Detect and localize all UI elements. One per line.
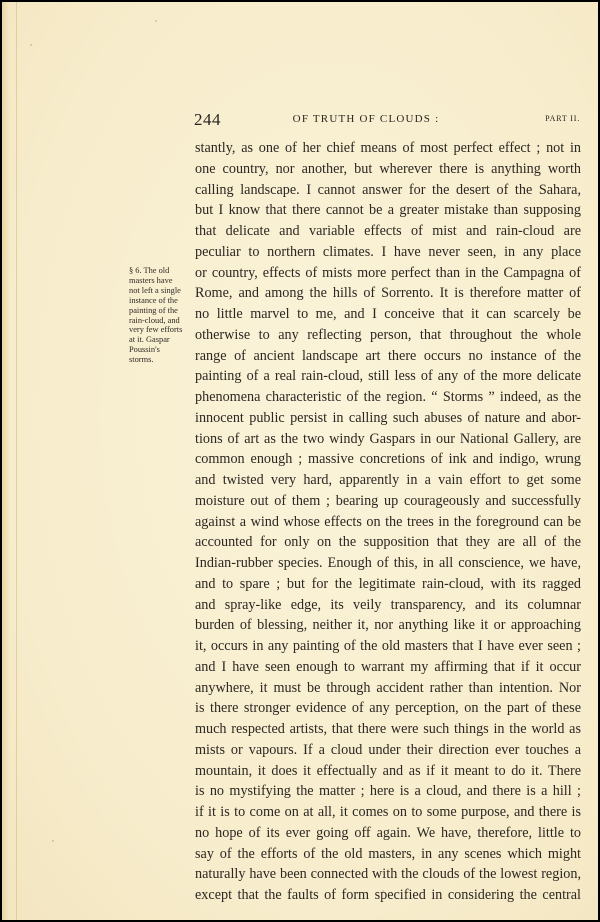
book-page: 244 OF TRUTH OF CLOUDS : PART II. § 6. T… bbox=[2, 2, 598, 920]
gutter-stain bbox=[2, 2, 10, 920]
paper-speck bbox=[52, 840, 54, 842]
text-line: except that the faults of form specified… bbox=[195, 885, 581, 906]
paper-speck bbox=[30, 44, 32, 46]
text-line: and to spare ; but for the legitimate ra… bbox=[195, 574, 581, 595]
text-line: no hope of its ever going off again. We … bbox=[195, 823, 581, 844]
margin-note-line: storms. bbox=[129, 355, 195, 365]
margin-note-line: at it. Gaspar bbox=[129, 335, 195, 345]
margin-note-line: Poussin's bbox=[129, 345, 195, 355]
gutter-line bbox=[16, 2, 17, 920]
text-line: is there stronger evidence of any percep… bbox=[195, 698, 581, 719]
text-line: much respected artists, that there were … bbox=[195, 719, 581, 740]
margin-note-line: § 6. The old bbox=[129, 266, 195, 276]
text-line: Indian-rubber species. Enough of this, i… bbox=[195, 553, 581, 574]
paper-speck bbox=[155, 20, 157, 22]
text-line: anywhere, it must be through accident ra… bbox=[195, 678, 581, 699]
text-line: say of the efforts of the old masters, i… bbox=[195, 844, 581, 865]
text-line: and spray-like edge, its veily transpare… bbox=[195, 595, 581, 616]
body-text: stantly, as one of her chief means of mo… bbox=[195, 138, 581, 906]
text-line: range of ancient landscape art there occ… bbox=[195, 346, 581, 367]
text-line: is no mystifying the matter ; here is a … bbox=[195, 781, 581, 802]
text-line: mountain, it does it effectually and as … bbox=[195, 761, 581, 782]
text-line: accounted for only on the supposition th… bbox=[195, 532, 581, 553]
text-line: that delicate and variable effects of mi… bbox=[195, 221, 581, 242]
text-line: or country, effects of mists more perfec… bbox=[195, 263, 581, 284]
margin-note-line: instance of the bbox=[129, 296, 195, 306]
text-line: if it is to come on at all, it comes on … bbox=[195, 802, 581, 823]
text-line: otherwise to any reflecting person, that… bbox=[195, 325, 581, 346]
text-line: and I have seen enough to warrant my aff… bbox=[195, 657, 581, 678]
margin-note-line: masters have bbox=[129, 276, 195, 286]
text-line: calling landscape. I cannot answer for t… bbox=[195, 180, 581, 201]
text-line: mists or vapours. If a cloud under their… bbox=[195, 740, 581, 761]
margin-note-line: not left a single bbox=[129, 286, 195, 296]
text-line: it, occurs in any painting of the old ma… bbox=[195, 636, 581, 657]
text-line: phenomena characteristic of the region. … bbox=[195, 387, 581, 408]
text-line: common enough ; massive concretions of i… bbox=[195, 449, 581, 470]
text-line: and twisted very hard, apparently in a v… bbox=[195, 470, 581, 491]
text-line: burden of blessing, neither it, nor anyt… bbox=[195, 615, 581, 636]
text-line: painting of a real rain-cloud, still les… bbox=[195, 366, 581, 387]
margin-note-line: rain-cloud, and bbox=[129, 316, 195, 326]
text-line: one country, nor another, but wherever t… bbox=[195, 159, 581, 180]
running-title: OF TRUTH OF CLOUDS : bbox=[192, 113, 580, 125]
text-line: innocent public persist in calling such … bbox=[195, 408, 581, 429]
text-line: Rome, and among the hills of Sorrento. I… bbox=[195, 283, 581, 304]
text-line: against a wind whose effects on the tree… bbox=[195, 512, 581, 533]
page-header: 244 OF TRUTH OF CLOUDS : PART II. bbox=[192, 110, 580, 132]
text-line: peculiar to northern climates. I have ne… bbox=[195, 242, 581, 263]
text-line: no little marvel to me, and I conceive t… bbox=[195, 304, 581, 325]
margin-note-line: painting of the bbox=[129, 306, 195, 316]
text-line: but I know that there cannot be a greate… bbox=[195, 200, 581, 221]
text-line: naturally have been connected with the c… bbox=[195, 864, 581, 885]
part-label: PART II. bbox=[545, 114, 580, 123]
margin-note: § 6. The old masters have not left a sin… bbox=[129, 266, 195, 365]
margin-note-line: very few efforts bbox=[129, 325, 195, 335]
text-line: moisture out of them ; bearing up courag… bbox=[195, 491, 581, 512]
text-line: tions of art as the two windy Gaspars in… bbox=[195, 429, 581, 450]
text-line: stantly, as one of her chief means of mo… bbox=[195, 138, 581, 159]
